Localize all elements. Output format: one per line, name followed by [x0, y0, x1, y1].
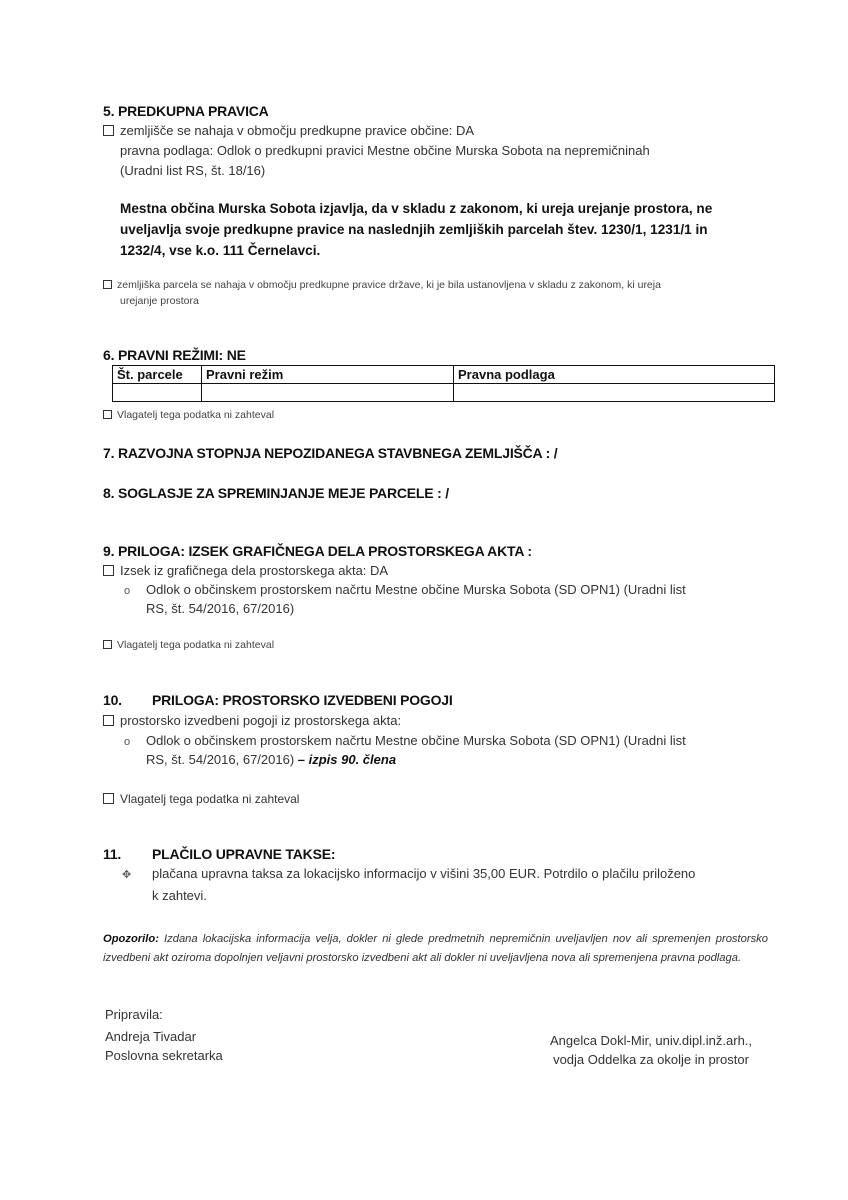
s9-item-text: Izsek iz grafičnega dela prostorskega ak…: [120, 563, 388, 578]
section-8-title: 8. SOGLASJE ZA SPREMINJANJE MEJE PARCELE…: [103, 485, 449, 501]
s9-sub-item: oOdlok o občinskem prostorskem načrtu Me…: [124, 580, 686, 601]
s5-item-state: zemljiška parcela se nahaja v območju pr…: [103, 277, 661, 294]
s6-note-text: Vlagatelj tega podatka ni zahteval: [117, 409, 274, 421]
diamond-bullet-icon: ✥: [122, 865, 152, 885]
legal-regimes-table: Št. parcele Pravni režim Pravna podlaga: [112, 365, 775, 402]
right-signatory-role: vodja Oddelka za okolje in prostor: [520, 1050, 782, 1070]
col-legal-basis: Pravna podlaga: [454, 366, 775, 384]
col-legal-regime: Pravni režim: [202, 366, 454, 384]
section-10-title: PRILOGA: PROSTORSKO IZVEDBENI POGOJI: [152, 692, 453, 708]
cell-basis: [454, 384, 775, 402]
s5-statement-line3: 1232/4, vse k.o. 111 Černelavci.: [120, 240, 320, 261]
checkbox-icon: [103, 125, 114, 136]
s5-item1-text: zemljišče se nahaja v območju predkupne …: [120, 123, 474, 138]
checkbox-icon: [103, 640, 112, 649]
s10-sub-line2-wrap: RS, št. 54/2016, 67/2016) – izpis 90. čl…: [146, 750, 396, 770]
s5-statement-line1: Mestna občina Murska Sobota izjavlja, da…: [120, 198, 712, 219]
s11-item-line1: plačana upravna taksa za lokacijsko info…: [152, 866, 695, 881]
s5-item2-line2: urejanje prostora: [120, 293, 199, 310]
s5-legal-basis: pravna podlaga: Odlok o predkupni pravic…: [120, 141, 650, 161]
checkbox-icon: [103, 565, 114, 576]
warning-label: Opozorilo:: [103, 933, 159, 945]
s6-note: Vlagatelj tega podatka ni zahteval: [103, 407, 274, 424]
right-signatory-name: Angelca Dokl-Mir, univ.dipl.inž.arh.,: [520, 1031, 782, 1051]
warning-text: Izdana lokacijska informacija velja, dok…: [103, 933, 768, 964]
s10-sub-line2: RS, št. 54/2016, 67/2016): [146, 752, 294, 767]
s11-item-line2: k zahtevi.: [152, 886, 207, 906]
s9-note: Vlagatelj tega podatka ni zahteval: [103, 637, 274, 654]
section-6-title: 6. PRAVNI REŽIMI: NE: [103, 347, 246, 363]
col-parcel-number: Št. parcele: [113, 366, 202, 384]
s9-item: Izsek iz grafičnega dela prostorskega ak…: [103, 561, 388, 581]
s5-legal-basis-ref: (Uradni list RS, št. 18/16): [120, 161, 265, 181]
left-signatory-role: Poslovna sekretarka: [105, 1046, 223, 1066]
checkbox-icon: [103, 715, 114, 726]
s9-sub-line1: Odlok o občinskem prostorskem načrtu Mes…: [146, 582, 686, 597]
prepared-label: Pripravila:: [105, 1005, 163, 1025]
s5-item2-text: zemljiška parcela se nahaja v območju pr…: [117, 279, 661, 291]
warning-paragraph: Opozorilo: Izdana lokacijska informacija…: [103, 930, 768, 968]
s5-item-municipality: zemljišče se nahaja v območju predkupne …: [103, 121, 474, 141]
cell-regime: [202, 384, 454, 402]
section-10-number: 10.: [103, 692, 122, 708]
section-9-title: 9. PRILOGA: IZSEK GRAFIČNEGA DELA PROSTO…: [103, 543, 532, 559]
circle-bullet-icon: o: [124, 732, 146, 752]
s10-note: Vlagatelj tega podatka ni zahteval: [103, 789, 299, 809]
section-11-number: 11.: [103, 846, 121, 862]
s5-statement-line2: uveljavlja svoje predkupne pravice na na…: [120, 219, 708, 240]
s10-sub-line1: Odlok o občinskem prostorskem načrtu Mes…: [146, 733, 686, 748]
s11-item: ✥plačana upravna taksa za lokacijsko inf…: [122, 864, 695, 885]
s10-note-text: Vlagatelj tega podatka ni zahteval: [120, 792, 299, 806]
s9-note-text: Vlagatelj tega podatka ni zahteval: [117, 639, 274, 651]
checkbox-icon: [103, 280, 112, 289]
cell-parcel: [113, 384, 202, 402]
s10-sub-item: oOdlok o občinskem prostorskem načrtu Me…: [124, 731, 686, 752]
checkbox-icon: [103, 410, 112, 419]
s10-item-text: prostorsko izvedbeni pogoji iz prostorsk…: [120, 713, 401, 728]
checkbox-icon: [103, 793, 114, 804]
circle-bullet-icon: o: [124, 581, 146, 601]
s10-article-emphasis: – izpis 90. člena: [294, 752, 396, 767]
section-7-title: 7. RAZVOJNA STOPNJA NEPOZIDANEGA STAVBNE…: [103, 445, 557, 461]
section-11-title: PLAČILO UPRAVNE TAKSE:: [152, 846, 335, 862]
left-signatory-name: Andreja Tivadar: [105, 1027, 196, 1047]
table-row: [113, 384, 775, 402]
s9-sub-line2: RS, št. 54/2016, 67/2016): [146, 599, 294, 619]
s10-item: prostorsko izvedbeni pogoji iz prostorsk…: [103, 711, 401, 731]
section-5-title: 5. PREDKUPNA PRAVICA: [103, 103, 269, 119]
table-header-row: Št. parcele Pravni režim Pravna podlaga: [113, 366, 775, 384]
